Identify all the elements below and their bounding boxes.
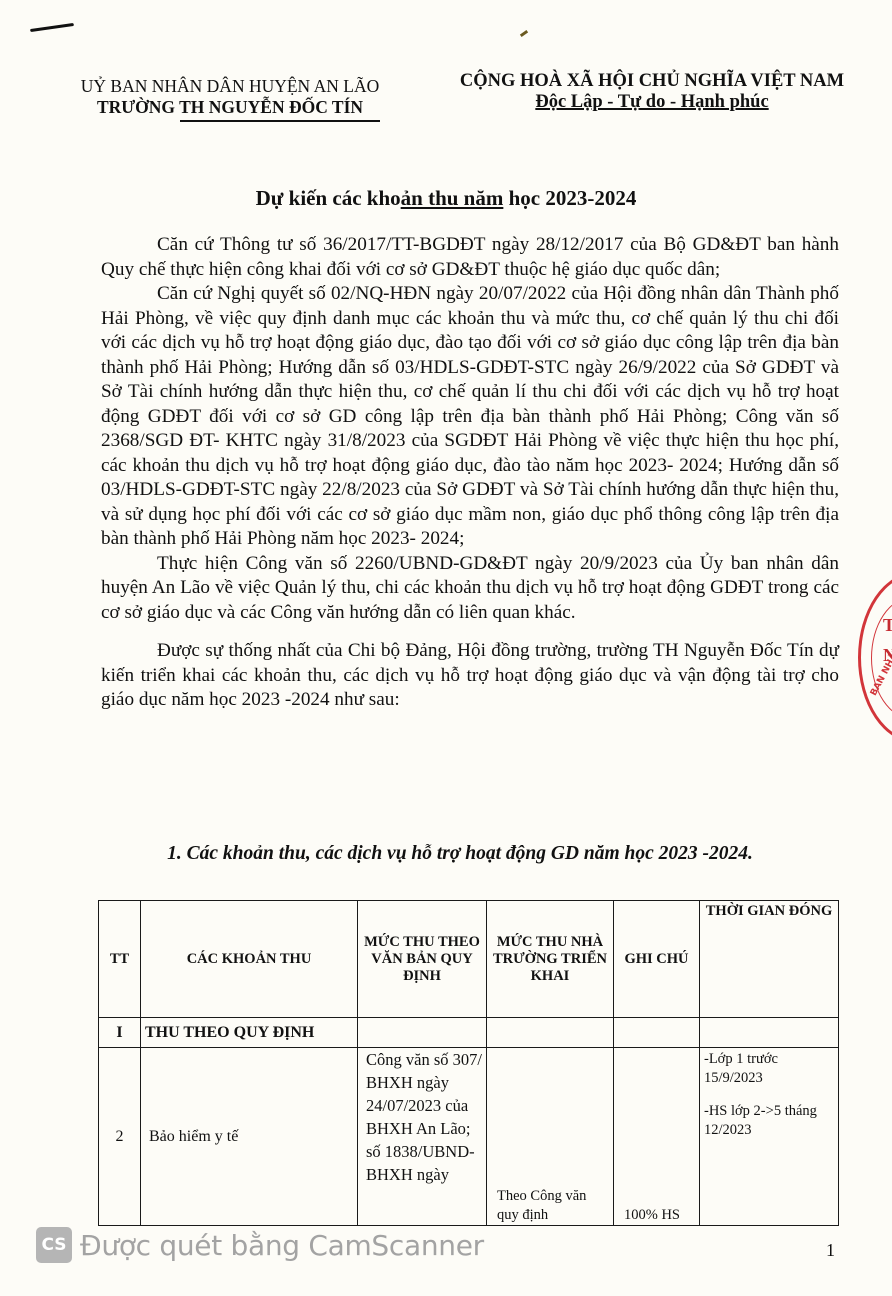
document-title: Dự kiến các khoản thu năm học 2023-2024 (0, 186, 892, 211)
paragraph-implementation: Thực hiện Công văn số 2260/UBND-GD&ĐT ng… (101, 552, 839, 626)
national-motto: Độc Lập - Tự do - Hạnh phúc (535, 92, 768, 112)
paragraph-legal-basis-2: Căn cứ Nghị quyết số 02/NQ-HĐN ngày 20/0… (101, 282, 839, 552)
country-name: CỘNG HOÀ XÃ HỘI CHỦ NGHĨA VIỆT NAM (432, 71, 872, 92)
header-note: GHI CHÚ (614, 901, 700, 1018)
table-section-row: I THU THEO QUY ĐỊNH (99, 1018, 839, 1048)
camscanner-logo-icon: CS (36, 1227, 72, 1263)
watermark-text: Được quét bằng CamScanner (80, 1229, 484, 1262)
header-fee-name: CÁC KHOẢN THU (141, 901, 358, 1018)
section-name: THU THEO QUY ĐỊNH (141, 1018, 358, 1048)
school-underline (180, 120, 380, 122)
row-regulated-rate: Công văn số 307/ BHXH ngày 24/07/2023 củ… (358, 1048, 487, 1226)
camscanner-watermark: CS Được quét bằng CamScanner (36, 1227, 484, 1263)
pen-mark (30, 23, 74, 32)
paragraph-agreement: Được sự thống nhất của Chi bộ Đảng, Hội … (101, 639, 839, 713)
row-school-rate: Theo Công văn quy định (487, 1048, 614, 1226)
table-row: 2 Bảo hiểm y tế Công văn số 307/ BHXH ng… (99, 1048, 839, 1226)
paragraph-legal-basis-1: Căn cứ Thông tư số 36/2017/TT-BGDĐT ngày… (101, 233, 839, 282)
header-regulated-rate: MỨC THU THEO VĂN BẢN QUY ĐỊNH (358, 901, 487, 1018)
table-header-row: TT CÁC KHOẢN THU MỨC THU THEO VĂN BẢN QU… (99, 901, 839, 1018)
document-body: Căn cứ Thông tư số 36/2017/TT-BGDĐT ngày… (101, 233, 839, 713)
school-name: TRƯỜNG TH NGUYỄN ĐỐC TÍN (60, 97, 400, 118)
page-number: 1 (826, 1240, 835, 1261)
header-payment-time: THỜI GIAN ĐÓNG (700, 901, 839, 1018)
pen-tick (520, 30, 528, 37)
header-school-rate: MỨC THU NHÀ TRƯỜNG TRIỂN KHAI (487, 901, 614, 1018)
row-note: 100% HS (614, 1048, 700, 1226)
issuing-authority-header: UỶ BAN NHÂN DÂN HUYỆN AN LÃO TRƯỜNG TH N… (60, 76, 400, 122)
row-payment-time: -Lớp 1 trước 15/9/2023 -HS lớp 2->5 thán… (700, 1048, 839, 1226)
authority-name: UỶ BAN NHÂN DÂN HUYỆN AN LÃO (60, 76, 400, 97)
official-seal-stamp: BAN NHÂN CẤ T N (858, 572, 892, 743)
fees-table: TT CÁC KHOẢN THU MỨC THU THEO VĂN BẢN QU… (98, 900, 839, 1226)
national-header: CỘNG HOÀ XÃ HỘI CHỦ NGHĨA VIỆT NAM Độc L… (432, 71, 872, 113)
section-tt: I (99, 1018, 141, 1048)
header-tt: TT (99, 901, 141, 1018)
row-fee-name: Bảo hiểm y tế (141, 1048, 358, 1226)
section-heading: 1. Các khoản thu, các dịch vụ hỗ trợ hoạ… (0, 843, 892, 865)
row-tt: 2 (99, 1048, 141, 1226)
